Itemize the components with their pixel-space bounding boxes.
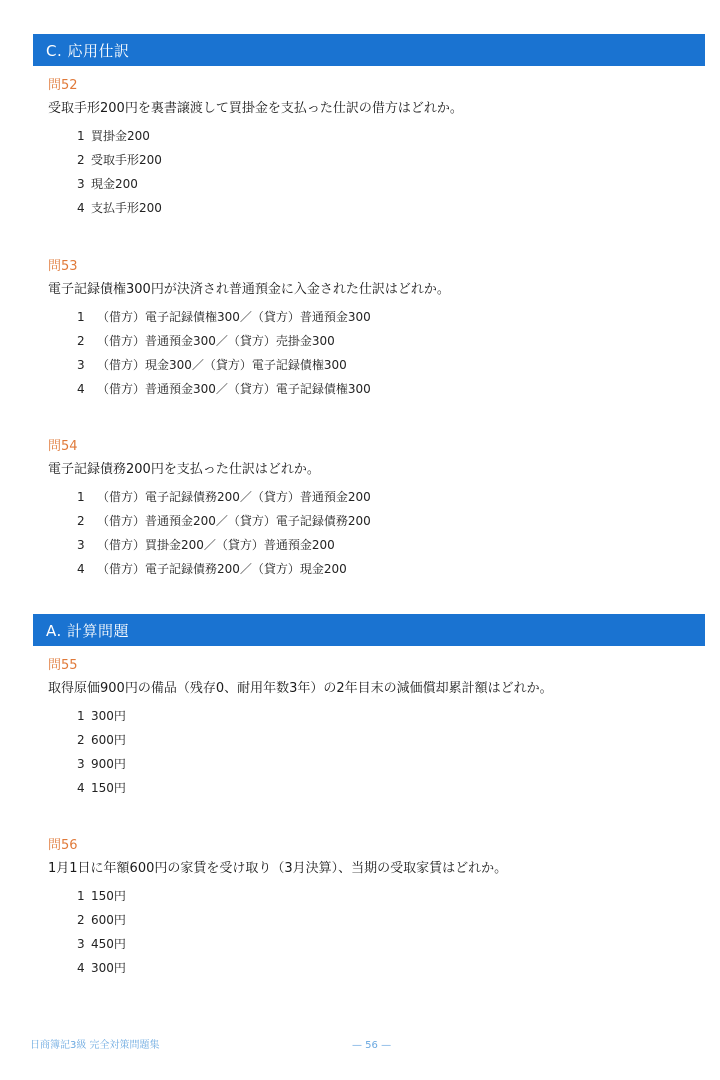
- option-item[interactable]: 2600円: [77, 728, 700, 752]
- option-item[interactable]: 3900円: [77, 752, 700, 776]
- option-item[interactable]: 4（借方）電子記録債務200／（貸方）現金200: [77, 557, 700, 581]
- option-item[interactable]: 1買掛金200: [77, 124, 700, 148]
- option-number: 1: [77, 305, 97, 329]
- option-text: 支払手形200: [91, 196, 162, 220]
- question-text: 1月1日に年額600円の家賃を受け取り（3月決算）、当期の受取家賃はどれか。: [48, 858, 700, 880]
- option-number: 4: [77, 377, 97, 401]
- option-item[interactable]: 1150円: [77, 884, 700, 908]
- option-item[interactable]: 3（借方）現金300／（貸方）電子記録債権300: [77, 353, 700, 377]
- option-number: 2: [77, 329, 97, 353]
- option-number: 3: [77, 172, 91, 196]
- option-item[interactable]: 1（借方）電子記録債務200／（貸方）普通預金200: [77, 485, 700, 509]
- page-footer: 日商簿記3級 完全対策問題集 — 56 —: [30, 1038, 720, 1054]
- question-text: 電子記録債務200円を支払った仕訳はどれか。: [48, 459, 700, 481]
- question-text: 受取手形200円を裏書譲渡して買掛金を支払った仕訳の借方はどれか。: [48, 98, 700, 120]
- section-header-a: A. 計算問題: [33, 614, 705, 646]
- option-item[interactable]: 2受取手形200: [77, 148, 700, 172]
- option-text: 900円: [91, 752, 126, 776]
- option-number: 4: [77, 776, 91, 800]
- option-number: 3: [77, 353, 97, 377]
- question-55: 問55 取得原価900円の備品（残存0、耐用年数3年）の2年目末の減価償却累計額…: [48, 656, 700, 800]
- option-text: 300円: [91, 956, 126, 980]
- option-number: 4: [77, 557, 97, 581]
- section-header-c: C. 応用仕訳: [33, 34, 705, 66]
- option-text: （借方）普通預金300／（貸方）電子記録債権300: [97, 377, 371, 401]
- option-list: 1300円 2600円 3900円 4150円: [48, 704, 700, 800]
- option-text: 600円: [91, 908, 126, 932]
- option-number: 3: [77, 533, 97, 557]
- question-number: 問56: [48, 836, 700, 856]
- option-number: 2: [77, 908, 91, 932]
- question-56: 問56 1月1日に年額600円の家賃を受け取り（3月決算）、当期の受取家賃はどれ…: [48, 836, 700, 980]
- option-text: 現金200: [91, 172, 138, 196]
- option-item[interactable]: 2（借方）普通預金300／（貸方）売掛金300: [77, 329, 700, 353]
- option-text: 150円: [91, 776, 126, 800]
- option-number: 1: [77, 485, 97, 509]
- option-list: 1買掛金200 2受取手形200 3現金200 4支払手形200: [48, 124, 700, 220]
- section-title: A. 計算問題: [46, 620, 129, 641]
- question-54: 問54 電子記録債務200円を支払った仕訳はどれか。 1（借方）電子記録債務20…: [48, 437, 700, 581]
- question-53: 問53 電子記録債権300円が決済され普通預金に入金された仕訳はどれか。 1（借…: [48, 257, 700, 401]
- option-item[interactable]: 3現金200: [77, 172, 700, 196]
- option-text: 300円: [91, 704, 126, 728]
- option-number: 4: [77, 196, 91, 220]
- option-text: （借方）電子記録債務200／（貸方）普通預金200: [97, 485, 371, 509]
- option-list: 1（借方）電子記録債権300／（貸方）普通預金300 2（借方）普通預金300／…: [48, 305, 700, 401]
- option-number: 1: [77, 124, 91, 148]
- question-number: 問52: [48, 76, 700, 96]
- question-number: 問54: [48, 437, 700, 457]
- option-number: 1: [77, 704, 91, 728]
- option-item[interactable]: 3（借方）買掛金200／（貸方）普通預金200: [77, 533, 700, 557]
- section-title: C. 応用仕訳: [46, 40, 130, 61]
- option-item[interactable]: 1300円: [77, 704, 700, 728]
- page-number: — 56 —: [352, 1038, 391, 1054]
- question-52: 問52 受取手形200円を裏書譲渡して買掛金を支払った仕訳の借方はどれか。 1買…: [48, 76, 700, 220]
- option-text: （借方）普通預金300／（貸方）売掛金300: [97, 329, 335, 353]
- question-number: 問53: [48, 257, 700, 277]
- book-title: 日商簿記3級 完全対策問題集: [30, 1038, 160, 1054]
- option-list: 1（借方）電子記録債務200／（貸方）普通預金200 2（借方）普通預金200／…: [48, 485, 700, 581]
- option-item[interactable]: 2（借方）普通預金200／（貸方）電子記録債務200: [77, 509, 700, 533]
- option-text: 受取手形200: [91, 148, 162, 172]
- option-number: 3: [77, 752, 91, 776]
- option-item[interactable]: 4（借方）普通預金300／（貸方）電子記録債権300: [77, 377, 700, 401]
- option-number: 2: [77, 728, 91, 752]
- option-number: 2: [77, 148, 91, 172]
- option-item[interactable]: 3450円: [77, 932, 700, 956]
- option-item[interactable]: 4150円: [77, 776, 700, 800]
- question-text: 電子記録債権300円が決済され普通預金に入金された仕訳はどれか。: [48, 279, 700, 301]
- option-number: 3: [77, 932, 91, 956]
- question-number: 問55: [48, 656, 700, 676]
- option-number: 2: [77, 509, 97, 533]
- option-item[interactable]: 4300円: [77, 956, 700, 980]
- option-text: （借方）電子記録債務200／（貸方）現金200: [97, 557, 347, 581]
- option-text: （借方）現金300／（貸方）電子記録債権300: [97, 353, 347, 377]
- option-text: 600円: [91, 728, 126, 752]
- option-text: 450円: [91, 932, 126, 956]
- question-text: 取得原価900円の備品（残存0、耐用年数3年）の2年目末の減価償却累計額はどれか…: [48, 678, 700, 700]
- option-text: （借方）普通預金200／（貸方）電子記録債務200: [97, 509, 371, 533]
- option-text: 買掛金200: [91, 124, 150, 148]
- option-text: 150円: [91, 884, 126, 908]
- option-item[interactable]: 4支払手形200: [77, 196, 700, 220]
- option-item[interactable]: 2600円: [77, 908, 700, 932]
- option-number: 4: [77, 956, 91, 980]
- option-text: （借方）買掛金200／（貸方）普通預金200: [97, 533, 335, 557]
- option-list: 1150円 2600円 3450円 4300円: [48, 884, 700, 980]
- option-item[interactable]: 1（借方）電子記録債権300／（貸方）普通預金300: [77, 305, 700, 329]
- option-number: 1: [77, 884, 91, 908]
- option-text: （借方）電子記録債権300／（貸方）普通預金300: [97, 305, 371, 329]
